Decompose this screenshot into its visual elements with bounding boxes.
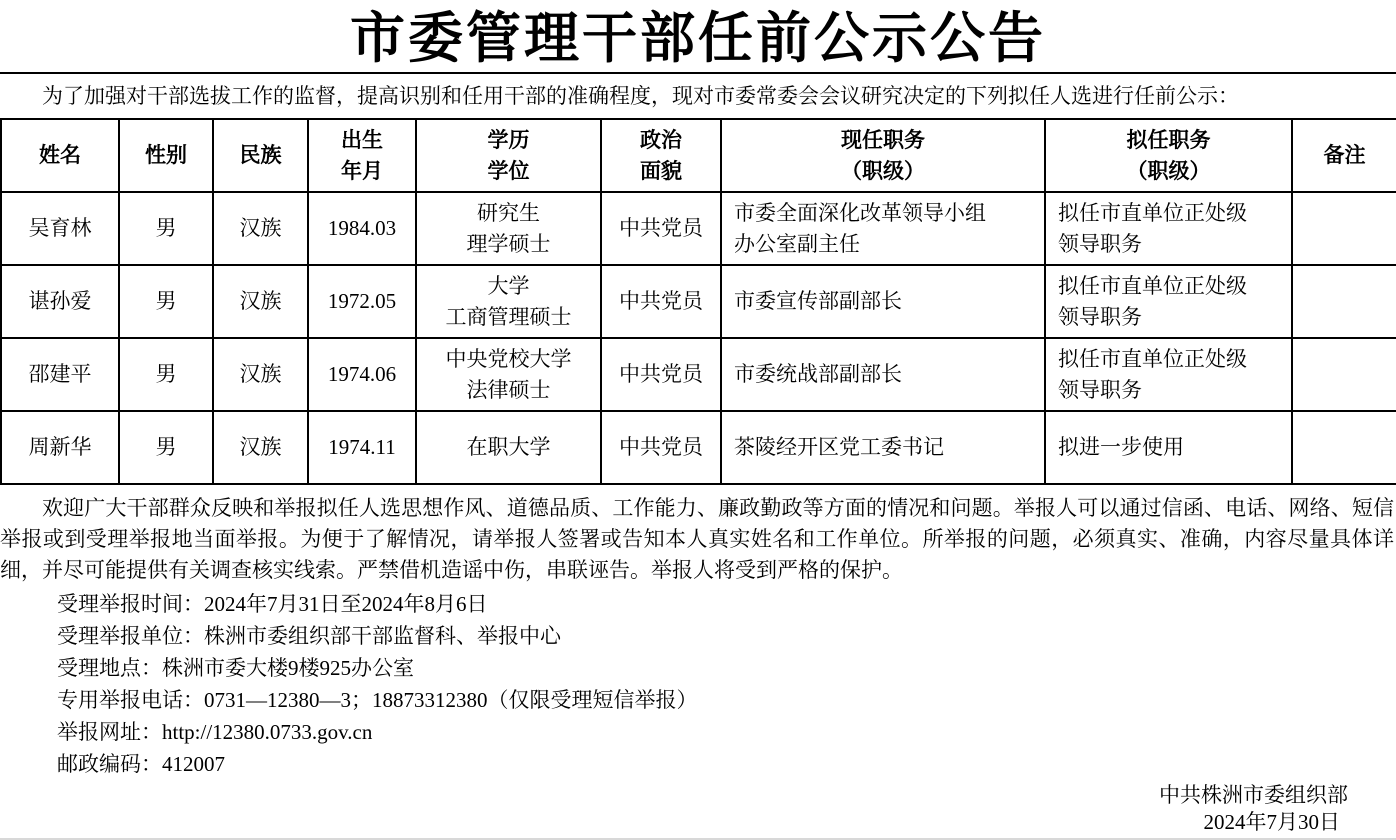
cell-gender: 男 — [119, 192, 213, 265]
cell-political: 中共党员 — [601, 411, 721, 484]
issue-date: 2024年7月30日 — [0, 809, 1396, 836]
cell-current-position: 市委宣传部副部长 — [721, 265, 1045, 338]
cell-name: 谌孙爱 — [1, 265, 119, 338]
cell-proposed-position: 拟进一步使用 — [1045, 411, 1292, 484]
table-row: 谌孙爱男汉族1972.05大学 工商管理硕士中共党员市委宣传部副部长拟任市直单位… — [1, 265, 1396, 338]
cell-current-position: 市委全面深化改革领导小组 办公室副主任 — [721, 192, 1045, 265]
detail-line: 邮政编码：412007 — [57, 748, 1396, 780]
intro-paragraph: 为了加强对干部选拔工作的监督，提高识别和任用干部的准确程度，现对市委常委会会议研… — [0, 74, 1396, 118]
cell-ethnicity: 汉族 — [213, 338, 308, 411]
issuing-organization: 中共株洲市委组织部 — [0, 782, 1396, 809]
cell-education: 中央党校大学 法律硕士 — [416, 338, 601, 411]
cell-ethnicity: 汉族 — [213, 192, 308, 265]
cell-political: 中共党员 — [601, 192, 721, 265]
report-detail-lines: 受理举报时间：2024年7月31日至2024年8月6日受理举报单位：株洲市委组织… — [0, 588, 1396, 780]
cell-gender: 男 — [119, 411, 213, 484]
cell-political: 中共党员 — [601, 265, 721, 338]
cell-education: 在职大学 — [416, 411, 601, 484]
cell-gender: 男 — [119, 338, 213, 411]
cell-political: 中共党员 — [601, 338, 721, 411]
cell-gender: 男 — [119, 265, 213, 338]
header-political-status: 政治 面貌 — [601, 119, 721, 192]
detail-line: 举报网址：http://12380.0733.gov.cn — [57, 716, 1396, 748]
cell-current-position: 市委统战部副部长 — [721, 338, 1045, 411]
table-header-row: 姓名 性别 民族 出生 年月 学历 学位 政治 面貌 现任职务 （职级） 拟任职… — [1, 119, 1396, 192]
table-row: 周新华男汉族1974.11在职大学中共党员茶陵经开区党工委书记拟进一步使用 — [1, 411, 1396, 484]
cell-remark — [1292, 411, 1396, 484]
cell-birth: 1974.06 — [308, 338, 416, 411]
table-row: 吴育林男汉族1984.03研究生 理学硕士中共党员市委全面深化改革领导小组 办公… — [1, 192, 1396, 265]
header-birth-date: 出生 年月 — [308, 119, 416, 192]
detail-line: 受理举报时间：2024年7月31日至2024年8月6日 — [57, 588, 1396, 620]
announcement-document: 市委管理干部任前公示公告 为了加强对干部选拔工作的监督，提高识别和任用干部的准确… — [0, 0, 1396, 840]
cell-current-position: 茶陵经开区党工委书记 — [721, 411, 1045, 484]
cell-proposed-position: 拟任市直单位正处级 领导职务 — [1045, 265, 1292, 338]
cell-birth: 1972.05 — [308, 265, 416, 338]
cell-ethnicity: 汉族 — [213, 411, 308, 484]
header-current-position: 现任职务 （职级） — [721, 119, 1045, 192]
signature-block: 中共株洲市委组织部 2024年7月30日 — [0, 782, 1396, 836]
cell-education: 大学 工商管理硕士 — [416, 265, 601, 338]
cell-remark — [1292, 338, 1396, 411]
cell-name: 邵建平 — [1, 338, 119, 411]
cell-birth: 1974.11 — [308, 411, 416, 484]
header-gender: 性别 — [119, 119, 213, 192]
cell-name: 周新华 — [1, 411, 119, 484]
cell-remark — [1292, 265, 1396, 338]
detail-line: 受理地点：株洲市委大楼9楼925办公室 — [57, 652, 1396, 684]
cell-ethnicity: 汉族 — [213, 265, 308, 338]
header-ethnicity: 民族 — [213, 119, 308, 192]
cell-birth: 1984.03 — [308, 192, 416, 265]
detail-line: 专用举报电话：0731—12380—3；18873312380（仅限受理短信举报… — [57, 684, 1396, 716]
detail-line: 受理举报单位：株洲市委组织部干部监督科、举报中心 — [57, 620, 1396, 652]
header-proposed-position: 拟任职务 （职级） — [1045, 119, 1292, 192]
cell-proposed-position: 拟任市直单位正处级 领导职务 — [1045, 192, 1292, 265]
announcement-table-body: 吴育林男汉族1984.03研究生 理学硕士中共党员市委全面深化改革领导小组 办公… — [1, 192, 1396, 484]
header-remark: 备注 — [1292, 119, 1396, 192]
report-info-paragraph: 欢迎广大干部群众反映和举报拟任人选思想作风、道德品质、工作能力、廉政勤政等方面的… — [0, 493, 1396, 586]
cell-education: 研究生 理学硕士 — [416, 192, 601, 265]
candidates-table: 姓名 性别 民族 出生 年月 学历 学位 政治 面貌 现任职务 （职级） 拟任职… — [0, 118, 1396, 485]
header-education-degree: 学历 学位 — [416, 119, 601, 192]
cell-proposed-position: 拟任市直单位正处级 领导职务 — [1045, 338, 1292, 411]
page-title: 市委管理干部任前公示公告 — [0, 0, 1396, 72]
cell-remark — [1292, 192, 1396, 265]
table-row: 邵建平男汉族1974.06中央党校大学 法律硕士中共党员市委统战部副部长拟任市直… — [1, 338, 1396, 411]
cell-name: 吴育林 — [1, 192, 119, 265]
header-name: 姓名 — [1, 119, 119, 192]
table-header: 姓名 性别 民族 出生 年月 学历 学位 政治 面貌 现任职务 （职级） 拟任职… — [1, 119, 1396, 192]
